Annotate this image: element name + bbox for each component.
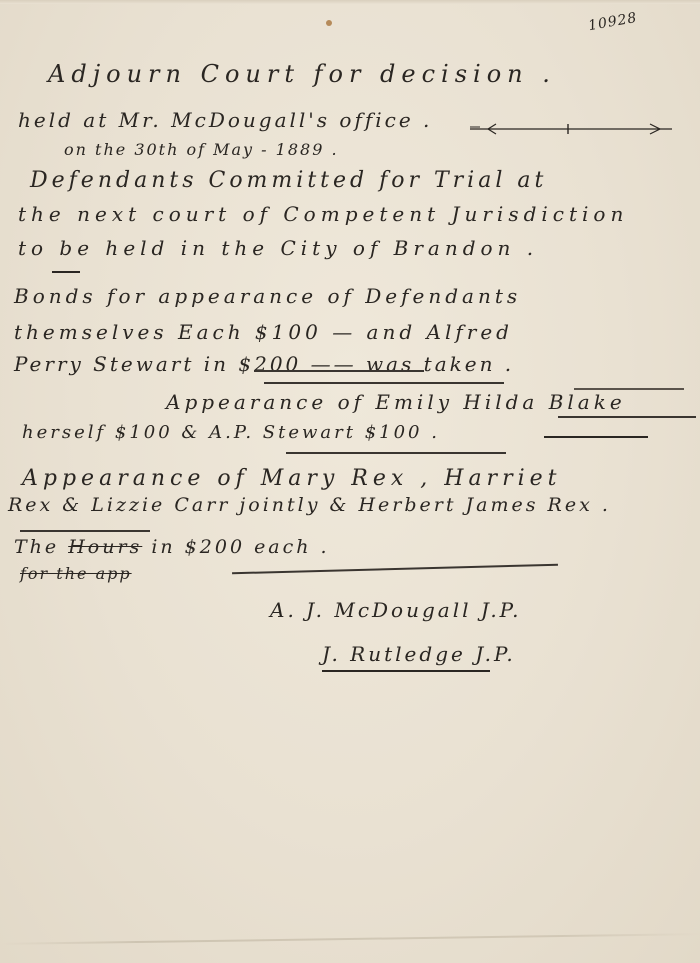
line-date: on the 30th of May - 1889 . (64, 140, 339, 159)
paper-top-edge (0, 0, 700, 4)
line-struck-for-the-app: for the app (20, 564, 132, 583)
underline (286, 452, 506, 454)
line-themselves-each: themselves Each $100 — and Alfred (14, 320, 513, 344)
document-page: 10928 Adjourn Court for decision . held … (0, 0, 700, 963)
underline (232, 564, 558, 574)
reference-number: 10928 (587, 10, 639, 34)
underline (254, 370, 424, 372)
line-rex-carr-herbert: Rex & Lizzie Carr jointly & Herbert Jame… (8, 494, 611, 516)
line-city-of-brandon: to be held in the City of Brandon . (18, 236, 538, 260)
underline (544, 436, 648, 438)
struck-word: Hours (68, 536, 142, 558)
line-defendants-committed: Defendants Committed for Trial at (30, 168, 547, 193)
line-next-court: the next court of Competent Jurisdiction (18, 202, 628, 226)
line-appearance-mary-rex: Appearance of Mary Rex , Harriet (22, 466, 562, 491)
line-each-amount: The Hours in $200 each . (14, 536, 330, 558)
line-held-at-office: held at Mr. McDougall's office . (18, 108, 432, 132)
paper-fold-line (0, 933, 700, 945)
signature-rutledge: J. Rutledge J.P. (322, 642, 516, 666)
section-dash (52, 271, 80, 273)
signature-underline (322, 670, 490, 672)
line-adjourn-court: Adjourn Court for decision . (48, 60, 556, 88)
underline (264, 382, 504, 384)
text-the: The (14, 536, 68, 558)
line-perry-stewart: Perry Stewart in $200 —— was taken . (14, 352, 514, 376)
line-herself-stewart: herself $100 & A.P. Stewart $100 . (22, 422, 440, 443)
text-amount-each: in $200 each . (142, 536, 329, 558)
signature-mcdougall: A. J. McDougall J.P. (270, 598, 521, 622)
line-appearance-emily-blake: Appearance of Emily Hilda Blake (166, 390, 626, 414)
underline (558, 416, 696, 418)
double-arrow-icon (466, 122, 676, 136)
pin-hole (326, 20, 332, 26)
underline (20, 530, 150, 532)
line-bonds-for-appearance: Bonds for appearance of Defendants (14, 284, 521, 308)
